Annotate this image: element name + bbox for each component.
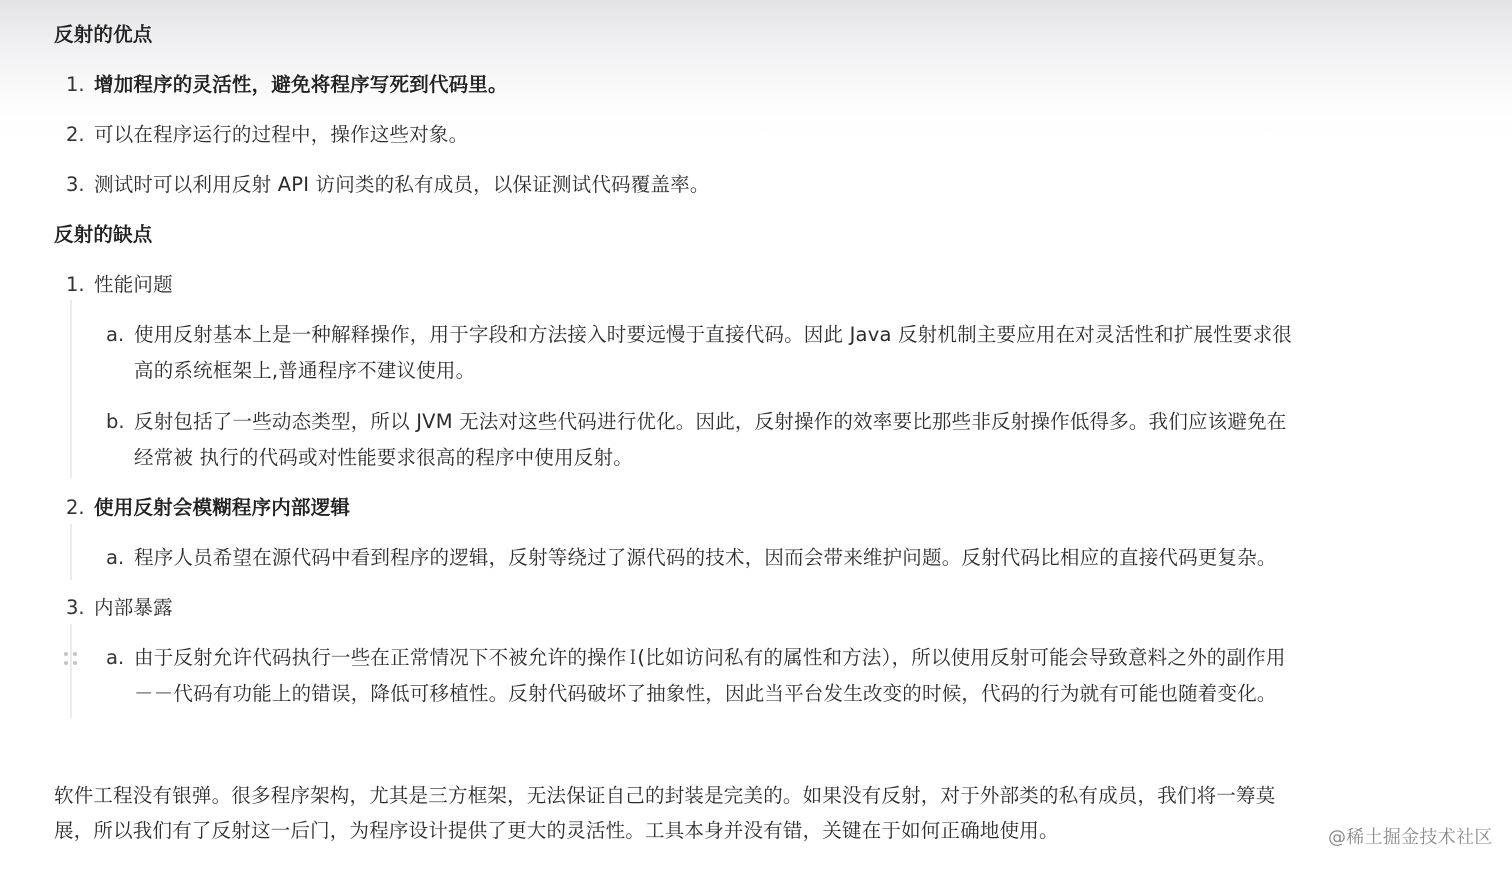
subitem-3a-line-2[interactable]: －－代码有功能上的错误，降低可移植性。反射代码破坏了抽象性，因此当平台发生改变的… <box>134 676 1277 712</box>
drag-handle-dot <box>73 661 77 665</box>
subitem-1b-line-1[interactable]: 反射包括了一些动态类型，所以 JVM 无法对这些代码进行优化。因此，反射操作的效… <box>134 404 1287 440</box>
drag-handle-dot <box>64 652 68 656</box>
subitem-3a-text-before-cursor: 由于反射允许代码执行一些在正常情况下不被允许的操作 <box>134 646 627 669</box>
sublist-marker: b. <box>106 404 125 440</box>
indent-guide <box>70 300 72 478</box>
drag-handle-icon[interactable] <box>62 650 82 672</box>
advantage-item-3[interactable]: 测试时可以利用反射 API 访问类的私有成员，以保证测试代码覆盖率。 <box>94 167 710 203</box>
disadvantage-item-1[interactable]: 性能问题 <box>94 267 173 303</box>
list-marker: 3. <box>66 167 85 203</box>
list-marker: 2. <box>66 490 85 526</box>
disadvantage-item-3[interactable]: 内部暴露 <box>94 590 173 626</box>
list-marker: 3. <box>66 590 85 626</box>
subitem-3a-text-after-cursor: (比如访问私有的属性和方法），所以使用反射可能会导致意料之外的副作用 <box>637 646 1285 669</box>
drag-handle-dot <box>64 661 68 665</box>
conclusion-line-2[interactable]: 展，所以我们有了反射这一后门，为程序设计提供了更大的灵活性。工具本身并没有错，关… <box>54 813 1059 849</box>
sublist-marker: a. <box>106 317 124 353</box>
document-page: 反射的优点 1. 增加程序的灵活性，避免将程序写死到代码里。 2. 可以在程序运… <box>0 0 1512 872</box>
subitem-3a-line-1[interactable]: 由于反射允许代码执行一些在正常情况下不被允许的操作I(比如访问私有的属性和方法）… <box>134 640 1286 676</box>
disadvantages-heading: 反射的缺点 <box>54 217 153 253</box>
disadvantage-item-2[interactable]: 使用反射会模糊程序内部逻辑 <box>94 490 350 526</box>
watermark: @稀土掘金技术社区 <box>1328 824 1493 852</box>
advantage-item-1[interactable]: 增加程序的灵活性，避免将程序写死到代码里。 <box>94 67 508 103</box>
subitem-1a-line-2[interactable]: 高的系统框架上,普通程序不建议使用。 <box>134 353 475 389</box>
list-marker: 1. <box>66 67 85 103</box>
sublist-marker: a. <box>106 540 124 576</box>
advantage-item-2[interactable]: 可以在程序运行的过程中，操作这些对象。 <box>94 117 468 153</box>
drag-handle-dot <box>73 652 77 656</box>
conclusion-line-1[interactable]: 软件工程没有银弹。很多程序架构，尤其是三方框架，无法保证自己的封装是完美的。如果… <box>54 778 1275 814</box>
list-marker: 1. <box>66 267 85 303</box>
subitem-1b-line-2[interactable]: 经常被 执行的代码或对性能要求很高的程序中使用反射。 <box>134 440 633 476</box>
subitem-2a-line-1[interactable]: 程序人员希望在源代码中看到程序的逻辑，反射等绕过了源代码的技术，因而会带来维护问… <box>134 540 1277 576</box>
sublist-marker: a. <box>106 640 124 676</box>
subitem-1a-line-1[interactable]: 使用反射基本上是一种解释操作，用于字段和方法接入时要远慢于直接代码。因此 Jav… <box>134 317 1292 353</box>
text-cursor-icon: I <box>629 640 635 676</box>
list-marker: 2. <box>66 117 85 153</box>
indent-guide <box>70 524 72 580</box>
advantages-heading: 反射的优点 <box>54 17 153 53</box>
